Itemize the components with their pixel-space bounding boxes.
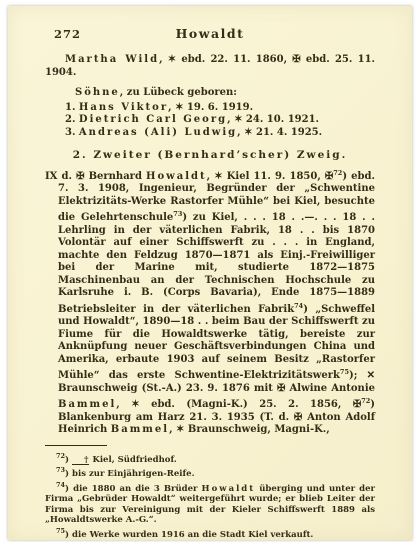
footnote-72-text: 72) † Kiel, Südfriedhof. <box>56 455 177 465</box>
footnote-75-text: 75) die Werke wurden 1916 an die Stadt K… <box>56 530 313 540</box>
footnote-73: 73) bis zur Einjährigen-Reife. <box>45 465 375 480</box>
footnote-74-text: 74) die 1880 an die 3 Brüder Howaldt übe… <box>45 484 375 526</box>
son-item-2: 2. Dietrich Carl Georg, ✶ 24. 10. 1921. <box>65 114 375 127</box>
sons-heading: Söhne, zu Lübeck geboren: <box>75 87 375 100</box>
genealogy-entry: IX d. ✠ Bernhard Howaldt, ✶ Kiel 11. 9. … <box>45 167 375 437</box>
entry-label: IX d. <box>45 171 72 182</box>
footnote-divider <box>45 445 107 446</box>
branch-heading: 2. Zweiter (Bernhard’scher) Zweig. <box>45 149 375 162</box>
book-page: 272 Howaldt Martha Wild, ✶ ebd. 22. 11. … <box>8 6 412 540</box>
intro-paragraph-text: Martha Wild, ✶ ebd. 22. 11. 1860, ✠ ebd.… <box>45 54 375 78</box>
son-item-2-text: 2. Dietrich Carl Georg, ✶ 24. 10. 1921. <box>65 114 319 125</box>
intro-paragraph: Martha Wild, ✶ ebd. 22. 11. 1860, ✠ ebd.… <box>45 54 375 79</box>
page-number: 272 <box>54 27 81 41</box>
footnote-72: 72) † Kiel, Südfriedhof. <box>45 451 375 466</box>
footnote-75: 75) die Werke wurden 1916 an die Stadt K… <box>45 526 375 541</box>
son-item-3: 3. Andreas (Ali) Ludwig, ✶ 21. 4. 1925. <box>65 127 375 140</box>
footnote-74: 74) die 1880 an die 3 Brüder Howaldt übe… <box>45 480 375 526</box>
entry-text: ✠ Bernhard Howaldt, ✶ Kiel 11. 9. 1850, … <box>58 171 375 436</box>
son-item-1-text: 1. Hans Viktor, ✶ 19. 6. 1919. <box>65 102 253 113</box>
son-item-3-text: 3. Andreas (Ali) Ludwig, ✶ 21. 4. 1925. <box>65 127 322 138</box>
footnote-73-text: 73) bis zur Einjährigen-Reife. <box>56 469 195 479</box>
sons-heading-text: Söhne, zu Lübeck geboren: <box>75 87 237 98</box>
footnotes-section: 72) † Kiel, Südfriedhof. 73) bis zur Ein… <box>45 451 375 541</box>
son-item-1: 1. Hans Viktor, ✶ 19. 6. 1919. <box>65 102 375 115</box>
page-title: Howaldt <box>45 26 375 41</box>
page-content: 272 Howaldt Martha Wild, ✶ ebd. 22. 11. … <box>8 6 412 540</box>
branch-heading-text: 2. Zweiter (Bernhard’scher) Zweig. <box>73 149 348 161</box>
page-header: 272 Howaldt <box>45 26 375 42</box>
